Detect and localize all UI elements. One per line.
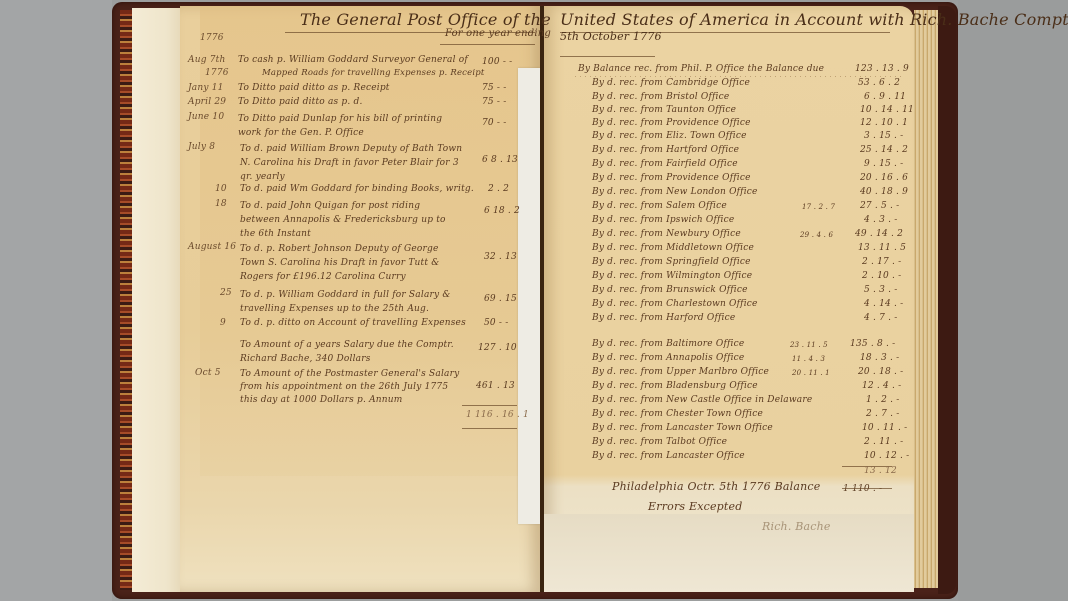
entry-text: To Amount of the Postmaster General's Sa…: [240, 368, 465, 407]
right-page-faded-area: [544, 514, 914, 592]
subheading-rule: [440, 44, 535, 45]
entry-side-amount: 23 . 11 . 5: [790, 341, 828, 349]
left-page-subheading: For one year ending: [445, 28, 551, 39]
entry-text: To d. paid John Quigan for post riding b…: [240, 199, 460, 241]
entry-text: By d. rec. from Harford Office: [592, 313, 735, 323]
entry-text: To d. paid William Brown Deputy of Bath …: [240, 142, 465, 184]
entry-amount: 27 . 5 . -: [860, 201, 899, 211]
entry-amount: 12 . 4 . -: [862, 381, 901, 391]
entry-amount: 4 . 14 . -: [864, 299, 903, 309]
entry-amount: 123 . 13 . 9: [855, 64, 909, 74]
right-page-subtotal: 13 . 12: [864, 466, 897, 476]
entry-amount: 127 . 10: [478, 343, 517, 353]
entry-amount: 4 . 3 . -: [864, 215, 897, 225]
total-rule-bottom: [462, 428, 517, 429]
entry-text: To Ditto paid ditto as p. Receipt: [238, 83, 390, 93]
entry-date: 10: [215, 184, 227, 194]
entry-text: By d. rec. from Annapolis Office: [592, 353, 744, 363]
subheading-rule: [560, 56, 655, 57]
entry-text: To Ditto paid ditto as p. d.: [238, 97, 363, 107]
entry-text: By d. rec. from Providence Office: [592, 118, 751, 128]
entry-text: To cash p. William Goddard Surveyor Gene…: [238, 55, 468, 65]
entry-date: 9: [220, 318, 226, 328]
entry-text: By d. rec. from Middletown Office: [592, 243, 754, 253]
entry-amount: 13 . 11 . 5: [858, 243, 906, 253]
entry-text: By d. rec. from Providence Office: [592, 173, 751, 183]
entry-side-amount: 29 . 4 . 6: [800, 231, 833, 239]
entry-date: Oct 5: [195, 368, 221, 378]
entry-amount: 69 . 15: [484, 294, 517, 304]
entry-amount: 25 . 14 . 2: [860, 145, 908, 155]
closing-line: Philadelphia Octr. 5th 1776 Balance: [612, 480, 820, 493]
entry-text: By d. rec. from Hartford Office: [592, 145, 739, 155]
entry-text: By d. rec. from Ipswich Office: [592, 215, 734, 225]
entry-text: Mapped Roads for travelling Expenses p. …: [262, 68, 485, 78]
entry-amount: 2 . 10 . -: [862, 271, 901, 281]
entry-date: June 10: [188, 112, 224, 122]
leader-dots: [575, 76, 905, 77]
backdrop-left: [0, 0, 112, 601]
entry-text: By d. rec. from Chester Town Office: [592, 409, 763, 419]
entry-amount: 2 . 11 . -: [864, 437, 903, 447]
flyleaf: [132, 8, 182, 592]
entry-date: Aug 7th: [188, 55, 225, 65]
entry-date: 25: [220, 288, 232, 298]
entry-text: To d. paid Wm Goddard for binding Books,…: [240, 184, 474, 194]
text-block-edges: [914, 10, 938, 588]
entry-text: To d. p. ditto on Account of travelling …: [240, 318, 466, 328]
entry-amount: 6 8 . 13: [482, 155, 518, 165]
entry-text: By d. rec. from Eliz. Town Office: [592, 131, 747, 141]
entry-amount: 461 . 13: [476, 381, 515, 391]
entry-date: July 8: [188, 142, 215, 152]
entry-amount: 6 18 . 2: [484, 206, 520, 216]
right-page-subheading: 5th October 1776: [560, 30, 662, 43]
right-page-heading: United States of America in Account with…: [560, 10, 1068, 29]
entry-date: April 29: [188, 97, 226, 107]
left-page-total: 1 116 . 16 . 1: [466, 410, 529, 420]
closing-rule: [842, 488, 892, 489]
entry-amount: 4 . 7 . -: [864, 313, 897, 323]
entry-amount: 40 . 18 . 9: [860, 187, 908, 197]
cover-right-edge: [938, 6, 956, 594]
entry-date: Jany 11: [188, 83, 224, 93]
total-rule: [462, 405, 517, 406]
closing-sub: Errors Excepted: [648, 500, 743, 513]
entry-text: By d. rec. from Taunton Office: [592, 105, 736, 115]
entry-text: By d. rec. from Fairfield Office: [592, 159, 738, 169]
entry-amount: 3 . 15 . -: [864, 131, 903, 141]
entry-text: By d. rec. from Brunswick Office: [592, 285, 748, 295]
closing-amount: 1 110 . -: [843, 484, 882, 494]
entry-text: By d. rec. from Wilmington Office: [592, 271, 752, 281]
entry-text: By d. rec. from Springfield Office: [592, 257, 751, 267]
left-page-year: 1776: [200, 33, 224, 43]
entry-date: 18: [215, 199, 227, 209]
entry-text: By d. rec. from Newbury Office: [592, 229, 741, 239]
backdrop-right: [958, 0, 1068, 601]
entry-amount: 1 . 2 . -: [866, 395, 899, 405]
entry-text: To Ditto paid Dunlap for his bill of pri…: [238, 112, 463, 140]
entry-text: By d. rec. from Lancaster Office: [592, 451, 745, 461]
entry-amount: 75 - -: [482, 83, 506, 93]
entry-text: By Balance rec. from Phil. P. Office the…: [578, 64, 824, 74]
entry-amount: 70 - -: [482, 118, 506, 128]
entry-amount: 2 . 2: [488, 184, 509, 194]
entry-text: By d. rec. from Salem Office: [592, 201, 727, 211]
entry-text: By d. rec. from New Castle Office in Del…: [592, 395, 812, 405]
entry-side-amount: 11 . 4 . 3: [792, 355, 825, 363]
left-page-heading: The General Post Office of the: [300, 10, 551, 29]
entry-amount: 10 . 14 . 11: [860, 105, 914, 115]
entry-text: To d. p. Robert Johnson Deputy of George…: [240, 242, 462, 284]
entry-amount: 18 . 3 . -: [860, 353, 899, 363]
entry-text: By d. rec. from Bristol Office: [592, 92, 729, 102]
entry-text: By d. rec. from Lancaster Town Office: [592, 423, 773, 433]
entry-date: 1776: [205, 68, 229, 78]
entry-amount: 75 - -: [482, 97, 506, 107]
entry-amount: 9 . 15 . -: [864, 159, 903, 169]
entry-amount: 10 . 12 . -: [864, 451, 909, 461]
entry-amount: 50 - -: [484, 318, 508, 328]
entry-text: By d. rec. from Baltimore Office: [592, 339, 744, 349]
entry-amount: 32 . 13: [484, 252, 517, 262]
entry-amount: 20 . 18 . -: [858, 367, 903, 377]
repair-tape: [518, 68, 540, 524]
entry-text: By d. rec. from New London Office: [592, 187, 758, 197]
entry-amount: 6 . 9 . 11: [864, 92, 906, 102]
entry-text: By d. rec. from Cambridge Office: [592, 78, 750, 88]
entry-amount: 53 . 6 . 2: [858, 78, 900, 88]
entry-amount: 2 . 17 . -: [862, 257, 901, 267]
entry-side-amount: 20 . 11 . 1: [792, 369, 830, 377]
signature: Rich. Bache: [762, 520, 831, 533]
entry-side-amount: 17 . 2 . 7: [802, 203, 835, 211]
entry-amount: 20 . 16 . 6: [860, 173, 908, 183]
entry-date: August 16: [188, 242, 236, 252]
entry-text: By d. rec. from Charlestown Office: [592, 299, 758, 309]
entry-text: By d. rec. from Talbot Office: [592, 437, 727, 447]
entry-text: By d. rec. from Bladensburg Office: [592, 381, 758, 391]
entry-text: To Amount of a years Salary due the Comp…: [240, 338, 465, 366]
entry-amount: 10 . 11 . -: [862, 423, 907, 433]
entry-amount: 12 . 10 . 1: [860, 118, 908, 128]
marbled-page-edge: [120, 10, 132, 590]
entry-amount: 5 . 3 . -: [864, 285, 897, 295]
entry-amount: 135 . 8 . -: [850, 339, 895, 349]
entry-amount: 100 - -: [482, 57, 512, 67]
entry-amount: 49 . 14 . 2: [855, 229, 903, 239]
entry-amount: 2 . 7 . -: [866, 409, 899, 419]
entry-text: To d. p. William Goddard in full for Sal…: [240, 288, 462, 316]
entry-text: By d. rec. from Upper Marlbro Office: [592, 367, 769, 377]
